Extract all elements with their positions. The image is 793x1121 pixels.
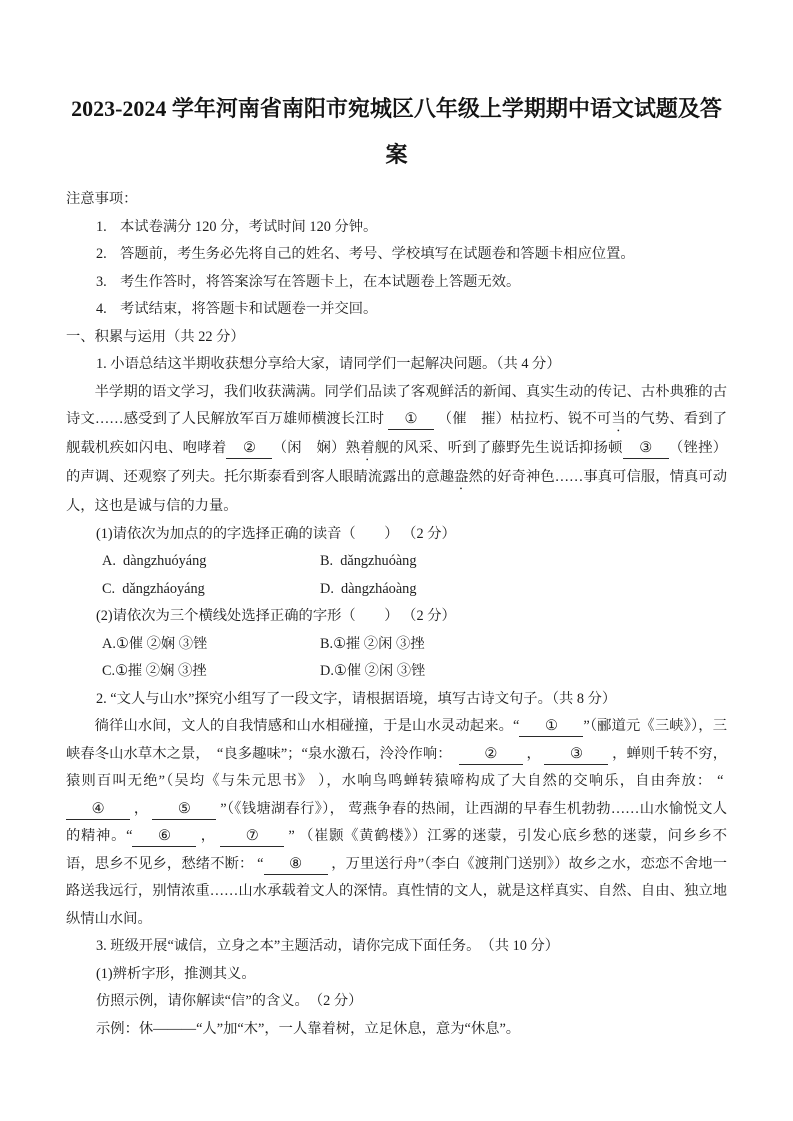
notice-item-3-text: 考生作答时，将答案涂写在答题卡上，在本试题卷上答题无效。	[120, 274, 520, 290]
question-1-2: (2)请依次为三个横线处选择正确的字形（ ） （2 分）	[66, 603, 727, 631]
question-3-1: (1)辨析字形，推测其义。	[66, 961, 727, 989]
fill-in-blank-③: ③	[544, 745, 608, 765]
options-row-zixing-cd: C.①摧 ②娴 ③挫D.①催 ②闲 ③锉	[66, 658, 727, 686]
options-row-pinyin-cd-option-1: D. dàngzháoàng	[320, 576, 416, 604]
exam-document-page: 2023-2024 学年河南省南阳市宛城区八年级上学期期中语文试题及答案 注意事…	[0, 0, 793, 1121]
fill-in-blank-②: ②	[459, 745, 523, 765]
passage-2: 徜徉山水间，文人的自我情感和山水相碰撞，于是山水灵动起来。“①”（郦道元《三峡》…	[66, 713, 727, 933]
notice-item-2-number: 2.	[96, 241, 120, 269]
options-row-pinyin-ab-option-0: A. dàngzhuóyáng	[102, 548, 320, 576]
options-row-zixing-cd-option-0: C.①摧 ②娴 ③挫	[102, 658, 320, 686]
options-row-zixing-ab-option-0: A.①催 ②娴 ③锉	[102, 631, 320, 659]
section-1-heading: 一、积累与运用（共 22 分）	[66, 324, 727, 352]
fill-in-blank-①: ①	[519, 717, 583, 737]
notice-item-2: 2.答题前，考生务必先将自己的姓名、考号、学校填写在试题卷和答题卡相应位置。	[66, 241, 727, 269]
document-body: 注意事项：1.本试卷满分 120 分，考试时间 120 分钟。2.答题前，考生务…	[66, 186, 727, 1043]
options-row-pinyin-ab-option-1: B. dǎngzhuóàng	[320, 548, 416, 576]
options-row-pinyin-cd: C. dǎngzháoyángD. dàngzháoàng	[66, 576, 727, 604]
options-row-zixing-ab-option-1: B.①摧 ②闲 ③挫	[320, 631, 425, 659]
emphasized-char: 着	[360, 440, 375, 456]
page-title: 2023-2024 学年河南省南阳市宛城区八年级上学期期中语文试题及答案	[66, 86, 727, 178]
passage-1-text: （闲 娴）熟	[272, 440, 360, 456]
emphasized-char: 当	[611, 411, 625, 427]
options-row-pinyin-ab: A. dàngzhuóyángB. dǎngzhuóàng	[66, 548, 727, 576]
question-2: 2. “文人与山水”探究小组写了一段文字，请根据语境，填写古诗文句子。（共 8 …	[66, 686, 727, 714]
notice-item-4-text: 考试结束，将答题卡和试题卷一并交回。	[120, 301, 377, 317]
question-3: 3. 班级开展“诚信，立身之本”主题活动，请你完成下面任务。 （共 10 分）	[66, 933, 727, 961]
emphasized-char: 盎	[454, 469, 468, 485]
passage-1: 半学期的语文学习，我们收获满满。同学们品读了客观鲜活的新闻、真实生动的传记、古朴…	[66, 379, 727, 521]
fill-in-blank-②: ②	[226, 439, 272, 459]
options-row-zixing-ab: A.①催 ②娴 ③锉B.①摧 ②闲 ③挫	[66, 631, 727, 659]
fill-in-blank-⑤: ⑤	[152, 800, 216, 820]
options-row-zixing-cd-option-1: D.①催 ②闲 ③锉	[320, 658, 425, 686]
passage-2-text: 徜徉山水间，文人的自我情感和山水相碰撞，于是山水灵动起来。“	[95, 718, 520, 734]
notice-item-1-number: 1.	[96, 214, 120, 242]
notice-item-3-number: 3.	[96, 269, 120, 297]
notice-item-1-text: 本试卷满分 120 分，考试时间 120 分钟。	[120, 219, 377, 235]
passage-2-text: ，	[130, 801, 152, 817]
question-1: 1. 小语总结这半期收获想分享给大家，请同学们一起解决问题。（共 4 分）	[66, 351, 727, 379]
fill-in-blank-①: ①	[388, 410, 434, 430]
passage-1-text: （催 摧）枯拉朽、锐不可	[434, 411, 611, 427]
notice-item-1: 1.本试卷满分 120 分，考试时间 120 分钟。	[66, 214, 727, 242]
example-line: 示例：休———“人”加“木”，一人靠着树，立足休息，意为“休息”。	[66, 1016, 727, 1044]
fill-in-blank-⑦: ⑦	[220, 827, 284, 847]
notice-item-2-text: 答题前，考生务必先将自己的姓名、考号、学校填写在试题卷和答题卡相应位置。	[120, 246, 635, 262]
passage-2-text: ，	[523, 746, 545, 762]
fill-in-blank-④: ④	[66, 800, 130, 820]
question-1-1: (1)请依次为加点的的字选择正确的读音（ ） （2 分）	[66, 521, 727, 549]
options-row-pinyin-cd-option-0: C. dǎngzháoyáng	[102, 576, 320, 604]
fill-in-blank-⑥: ⑥	[132, 827, 196, 847]
fill-in-blank-③: ③	[623, 439, 669, 459]
notice-item-4-number: 4.	[96, 296, 120, 324]
fill-in-blank-⑧: ⑧	[264, 855, 328, 875]
notice-item-4: 4.考试结束，将答题卡和试题卷一并交回。	[66, 296, 727, 324]
notice-heading: 注意事项：	[66, 186, 727, 214]
question-3-1-prompt: 仿照示例，请你解读“信”的含义。 （2 分）	[66, 988, 727, 1016]
passage-2-text: ，	[196, 828, 220, 844]
document-content: 2023-2024 学年河南省南阳市宛城区八年级上学期期中语文试题及答案 注意事…	[0, 0, 793, 1043]
passage-1-text: 舰的风采、听到了藤野先生说话抑扬顿	[375, 440, 623, 456]
notice-item-3: 3.考生作答时，将答案涂写在答题卡上，在本试题卷上答题无效。	[66, 269, 727, 297]
